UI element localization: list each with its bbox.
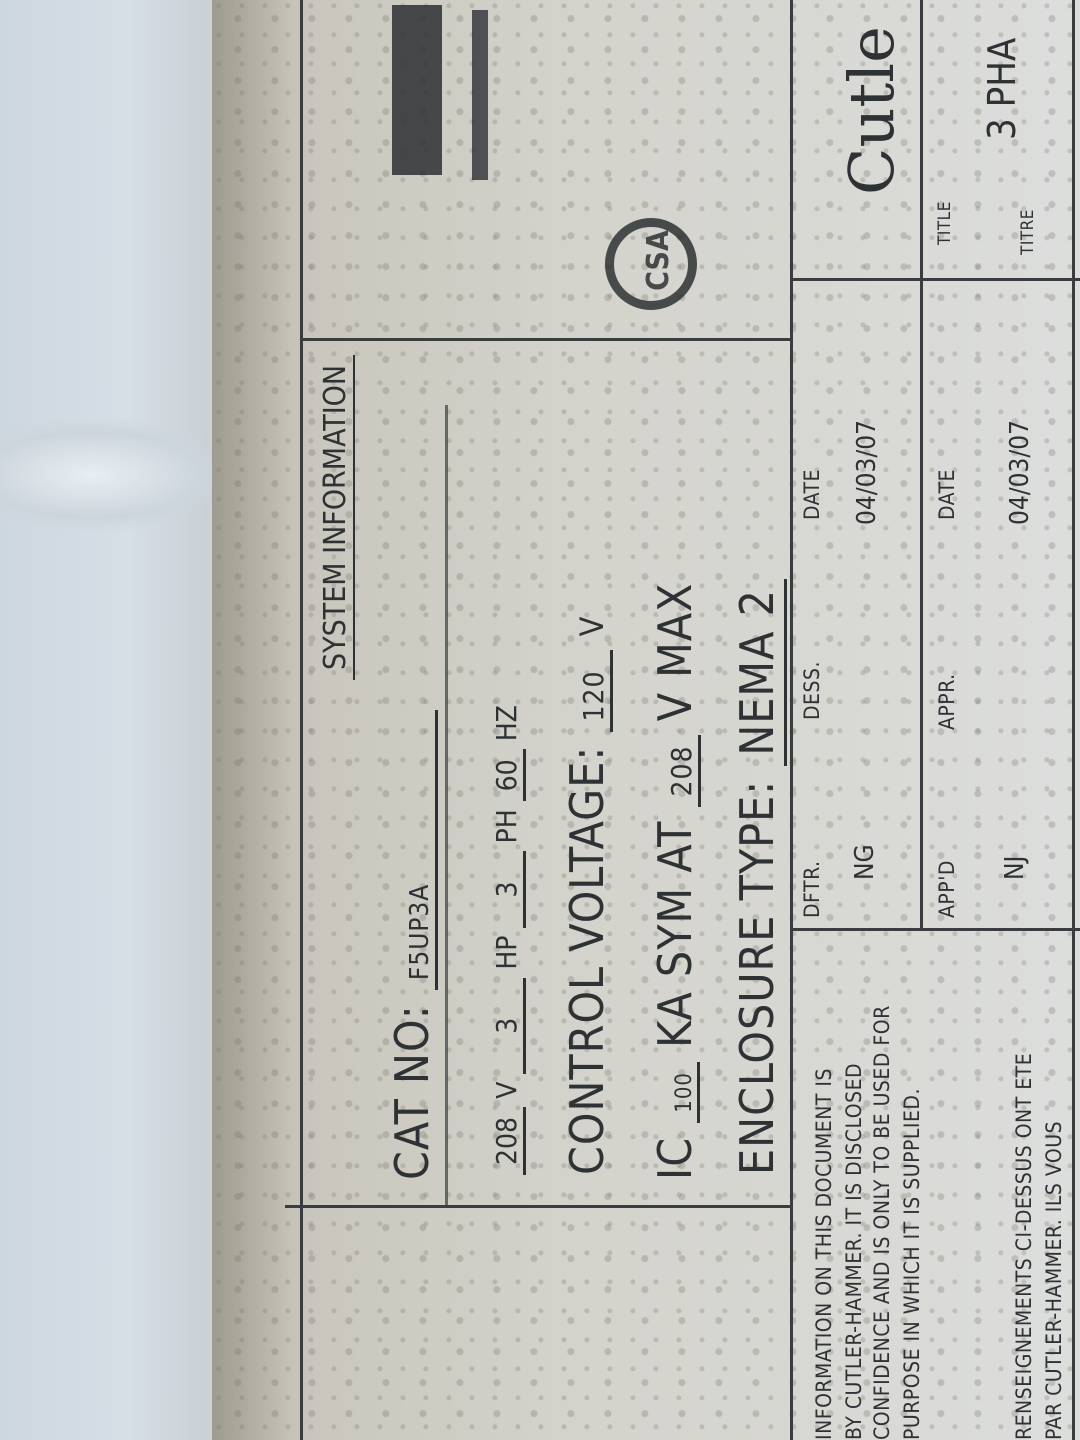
background-surface [0,0,215,1440]
edge-stain [212,0,292,1440]
border-line [285,1205,790,1208]
cat-no-row: CAT NO: F5UP3A [385,710,439,1180]
notice-line: INFORMATION ON THIS DOCUMENT IS [812,1068,836,1440]
ka-volt-value: 208 [665,735,701,806]
hp-value: 3 [490,978,526,1074]
border-line [445,405,448,1205]
voltage-value: 208 [490,1107,526,1175]
csa-cert-mark-icon: CSA [605,218,697,310]
appr-label: APPR. [935,673,959,730]
date2-value: 04/03/07 [1005,420,1035,525]
ratings-row: 208 V 3 HP 3 PH 60 HZ [490,705,526,1175]
notice-line: CONFIDENCE AND IS ONLY TO BE USED FOR [870,1005,894,1440]
ka-unit: V MAX [648,582,702,721]
enclosure-value: NEMA 2 [730,579,787,766]
border-line [300,338,790,341]
control-voltage-label: CONTROL VOLTAGE: [560,746,614,1175]
border-line [300,0,303,1440]
border-line [790,928,1080,931]
border-line [790,0,793,1440]
dftr-value: NG [850,844,880,880]
title-value: 3 PHA [980,38,1024,140]
dftr-label: DFTR. [800,861,824,918]
enclosure-row: ENCLOSURE TYPE: NEMA 2 [730,579,787,1175]
ic-value: 100 [672,1062,700,1123]
date-label: DATE [800,469,824,520]
phase-unit: PH [490,809,523,843]
border-line [1072,0,1075,1440]
voltage-unit: V [490,1082,523,1099]
title-label: TITLE [935,201,955,245]
freq-value: 60 [490,749,526,801]
cat-no-label: CAT NO: [385,1004,439,1180]
titre-label: TITRE [1018,209,1038,255]
dess-label: DESS. [800,661,824,720]
notice-line: PURPOSE IN WHICH IT IS SUPPLIED. [900,1088,924,1440]
ic-row: IC 100 KA SYM AT 208 V MAX [648,582,702,1180]
notice-line: RENSEIGNEMENTS CI-DESSUS ONT ETE [1012,1053,1036,1440]
border-line [790,278,1080,281]
system-info-heading: SYSTEM INFORMATION [318,355,355,680]
control-voltage-row: CONTROL VOLTAGE: 120 V [560,616,614,1175]
csa-text: CSA [641,230,676,291]
appd-label: APP'D [935,860,959,918]
control-voltage-value: 120 [577,650,613,731]
enclosure-label: ENCLOSURE TYPE: [730,780,784,1175]
hp-unit: HP [490,936,523,970]
ic-label: IC [648,1137,702,1180]
notice-line: PAR CUTLER-HAMMER. ILS VOUS [1042,1121,1066,1440]
cutler-hammer-wordmark [472,10,488,180]
freq-unit: HZ [490,705,523,741]
date-value: 04/03/07 [852,420,882,525]
phase-value: 3 [490,851,526,927]
cat-no-value: F5UP3A [405,710,438,990]
label-fold-crease [0,420,230,530]
border-line [920,0,923,930]
notice-line: BY CUTLER-HAMMER. IT IS DISCLOSED [842,1063,866,1440]
date2-label: DATE [935,469,959,520]
company-title: Cutle [835,26,908,195]
appd-value: NJ [1000,856,1030,880]
ka-label: KA SYM AT [648,821,702,1048]
control-voltage-unit: V [573,616,611,637]
eaton-logo [392,5,442,175]
